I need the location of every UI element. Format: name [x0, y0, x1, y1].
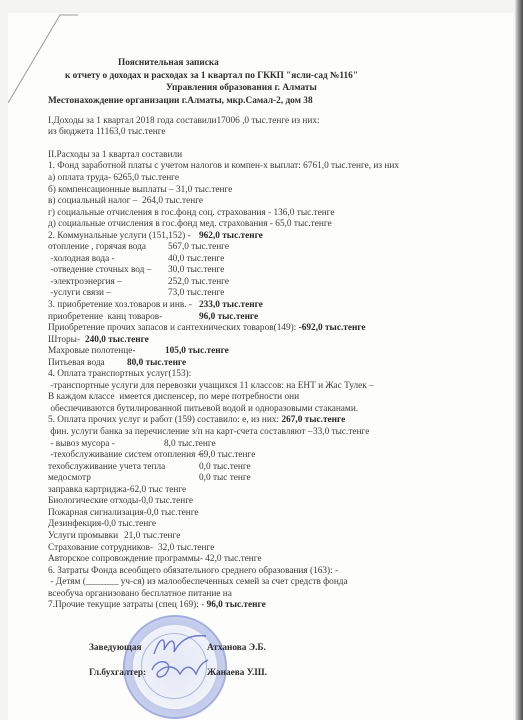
- utility-item: -отведение сточных вод –30,0 тыс.тенге: [48, 265, 468, 277]
- section-1-payroll: 1. Фонд заработной платы с учетом налого…: [48, 161, 468, 230]
- section-2-label: 2. Коммунальные услуги (151,152) -: [48, 231, 199, 243]
- document-header: Пояснительная записка к отчету о доходах…: [48, 57, 468, 108]
- section-7-other: 7.Прочие текущие затраты (спец 169): - 9…: [48, 600, 468, 612]
- utility-item: отопление , горячая вода567,0 тыс.тенге: [48, 242, 468, 254]
- section-5-heading: 5. Оплата прочих услуг и работ (159) сос…: [48, 415, 468, 427]
- service-item: -техобслуживание систем отопления –69,0 …: [48, 450, 468, 462]
- section-4-heading: 4. Оплата транспортных услуг(153):: [48, 369, 468, 381]
- service-extra: Авторское сопровождение программы- 42,0 …: [48, 554, 468, 566]
- fund-line: - Детям (_______ уч-ся) из малообеспечен…: [48, 577, 468, 589]
- income-total: I.Доходы за 1 квартал 2018 года составил…: [48, 116, 468, 128]
- section-2-total: 962,0 тыс.тенге: [199, 231, 263, 241]
- utility-item: -электроэнергия –252,0 тыс.тенге: [48, 277, 468, 289]
- payroll-item: г) социальные отчисления в гос.фонд соц.…: [48, 208, 468, 220]
- payroll-item: д) социальные отчисления в гос.фонд мед.…: [48, 219, 468, 231]
- payroll-item: а) оплата труда- 6265,0 тыс.тенге: [48, 173, 468, 185]
- service-line: заправка картриджа-62,0 тыс тенге: [48, 485, 468, 497]
- section-3-supplies: 3. приобретение хоз.товаров и инв. -233,…: [48, 300, 468, 369]
- supply-item: Шторы-240,0 тыс.тенге: [48, 335, 468, 347]
- payroll-item: б) компенсационные выплаты – 31,0 тыс.те…: [48, 185, 468, 197]
- supply-item: Питьевая вода80,0 тыс.тенге: [48, 358, 468, 370]
- transport-line: В каждом классе имеется диспенсер, по ме…: [48, 392, 468, 404]
- payroll-item: в) социальный налог – 264,0 тыс.тенге: [48, 196, 468, 208]
- scan-edge: [515, 0, 523, 720]
- signature-director: ЗаведующаяАтханова Э.Б.: [89, 643, 266, 653]
- office-supplies: приобретение канц товаров-96,0 тыс.тенге: [48, 312, 468, 324]
- section-5-services: 5. Оплата прочих услуг и работ (159) сос…: [48, 415, 468, 565]
- transport-line: обеспечиваются бутилированной питьевой в…: [48, 404, 468, 416]
- service-item: фин. услуги банка за перечисление з/п на…: [48, 427, 468, 439]
- document-department: Управления образования г. Алматы: [48, 82, 468, 95]
- supply-item: Махровые полотенце-105,0 тыс.тенге: [48, 346, 468, 358]
- income-budget: из бюджета 11163,0 тыс.тенге: [48, 127, 468, 139]
- section-6-heading: 6. Затраты Фонда всеобщего обязательного…: [48, 566, 468, 578]
- service-item: - вывоз мусора -8,0 тыс.тенге: [48, 439, 468, 451]
- service-item: техобслуживание учета тепла0,0 тыс.тенге: [48, 462, 468, 474]
- signature-block: ЗаведующаяАтханова Э.Б. Гл.бухгалтер:Жан…: [80, 630, 400, 720]
- service-line: Пожарная сигнализация-0,0 тыс.тенге: [48, 508, 468, 520]
- document-title: Пояснительная записка: [48, 57, 468, 70]
- transport-line: -транспортные услуги для перевозки учащи…: [48, 381, 468, 393]
- signature-accountant: Гл.бухгалтер:Жанаева У.Ш.: [89, 668, 267, 678]
- section-1-heading: 1. Фонд заработной платы с учетом налого…: [48, 161, 468, 173]
- section-2-heading: 2. Коммунальные услуги (151,152) -962,0 …: [48, 231, 468, 243]
- service-extra: Услуги промывки21,0 тыс.тенге: [48, 531, 468, 543]
- document-subtitle: к отчету о доходах и расходах за 1 кварт…: [48, 70, 468, 83]
- section-3-heading: 3. приобретение хоз.товаров и инв. -233,…: [48, 300, 468, 312]
- fund-line: всеобуча организовано бесплатное питание…: [48, 589, 468, 601]
- document-location: Местонахождение организации г.Алматы, мк…: [48, 95, 468, 108]
- document-body: Пояснительная записка к отчету о доходах…: [48, 57, 468, 612]
- section-2-utilities: 2. Коммунальные услуги (151,152) -962,0 …: [48, 231, 468, 300]
- section-4-transport: 4. Оплата транспортных услуг(153): -тран…: [48, 369, 468, 415]
- other-supplies: Приобретение прочих запасов и сантехниче…: [48, 323, 468, 335]
- service-extra: Страхование сотрудников-32,0 тыс.тенге: [48, 543, 468, 555]
- expenses-heading: II.Расходы за 1 квартал составили: [48, 150, 468, 162]
- utility-item: -холодная вода -40,0 тыс.тенге: [48, 254, 468, 266]
- service-line: Биологические отходы-0,0 тыс.тенге: [48, 496, 468, 508]
- section-6-fund: 6. Затраты Фонда всеобщего обязательного…: [48, 566, 468, 601]
- service-item: медосмотр0,0 тыс тенге: [48, 473, 468, 485]
- utility-item: -услуги связи –73,0 тыс.тенге: [48, 288, 468, 300]
- service-line: Дезинфекция-0,0 тыс.тенге: [48, 519, 468, 531]
- income-section: I.Доходы за 1 квартал 2018 года составил…: [48, 116, 468, 139]
